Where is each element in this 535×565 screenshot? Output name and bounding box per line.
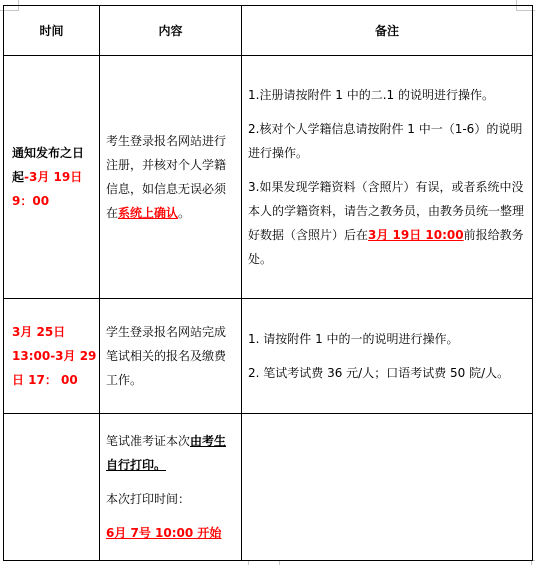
table-row: 笔试准考证本次由考生自行打印。 本次打印时间： 6月 7号 10:00 开始 [4,414,533,561]
header-content: 内容 [100,6,242,56]
print-time-highlight: 6月 7号 10:00 开始 [106,526,221,540]
content-paragraph: 6月 7号 10:00 开始 [106,521,235,545]
content-suffix: 。 [178,206,190,220]
time-highlight: 3月 25日 13:00-3月 29日 17： 00 [12,325,96,387]
content-paragraph: 学生登录报名网站完成笔试相关的报名及缴费工作。 [106,320,235,392]
notes-cell: 1. 请按附件 1 中的一的说明进行操作。 2. 笔试考试费 36 元/人；口语… [242,299,533,414]
header-time: 时间 [4,6,100,56]
table-row: 3月 25日 13:00-3月 29日 17： 00 学生登录报名网站完成笔试相… [4,299,533,414]
content-paragraph: 本次打印时间： [106,487,235,511]
deadline-highlight: 3月 19日 10:00 [368,228,464,242]
content-cell: 学生登录报名网站完成笔试相关的报名及缴费工作。 [100,299,242,414]
schedule-table: 时间 内容 备注 通知发布之日起-3月 19日 9：00 考生登录报名网站进行注… [3,5,533,561]
table-row: 通知发布之日起-3月 19日 9：00 考生登录报名网站进行注册，并核对个人学籍… [4,56,533,299]
note-item: 3.如果发现学籍资料（含照片）有误，或者系统中没本人的学籍资料，请告之教务员，由… [248,175,526,271]
content-text: 笔试准考证本次 [106,434,190,448]
content-paragraph: 笔试准考证本次由考生自行打印。 [106,429,235,477]
content-cell: 考生登录报名网站进行注册，并核对个人学籍信息，如信息无误必须在系统上确认。 [100,56,242,299]
content-paragraph: 考生登录报名网站进行注册，并核对个人学籍信息，如信息无误必须在系统上确认。 [106,129,235,225]
table-header-row: 时间 内容 备注 [4,6,533,56]
header-notes: 备注 [242,6,533,56]
confirm-on-system-link[interactable]: 系统上确认 [118,206,178,220]
note-item: 2.核对个人学籍信息请按附件 1 中一（1-6）的说明进行操作。 [248,117,526,165]
time-cell [4,414,100,561]
notes-cell: 1.注册请按附件 1 中的二.1 的说明进行操作。 2.核对个人学籍信息请按附件… [242,56,533,299]
notes-cell [242,414,533,561]
content-cell: 笔试准考证本次由考生自行打印。 本次打印时间： 6月 7号 10:00 开始 [100,414,242,561]
time-cell: 3月 25日 13:00-3月 29日 17： 00 [4,299,100,414]
page-corner-mark [248,561,280,565]
note-item: 1.注册请按附件 1 中的二.1 的说明进行操作。 [248,83,526,107]
note-item: 1. 请按附件 1 中的一的说明进行操作。 [248,327,526,351]
note-item: 2. 笔试考试费 36 元/人；口语考试费 50 院/人。 [248,361,526,385]
time-cell: 通知发布之日起-3月 19日 9：00 [4,56,100,299]
